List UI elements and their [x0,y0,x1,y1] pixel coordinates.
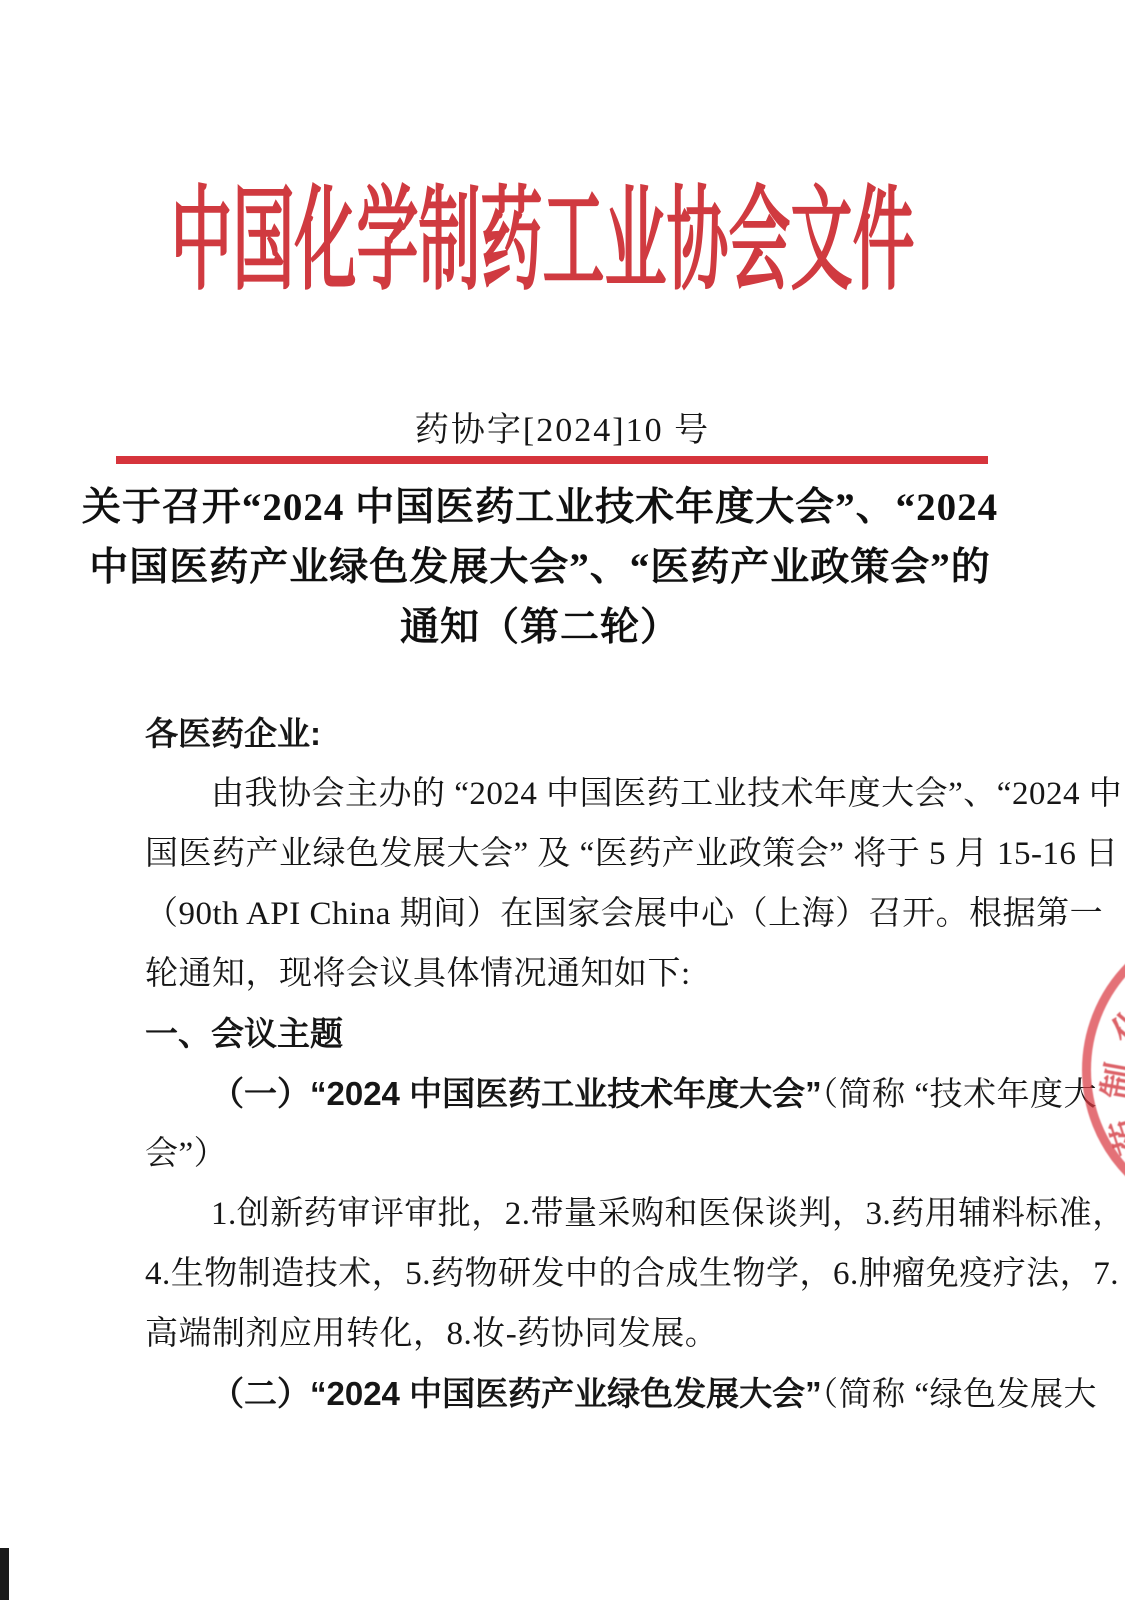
official-seal-partial: 化制药 [1082,918,1125,1222]
text-segment: 各医药企业: [145,715,321,752]
text-segment: （一）“2024 中国医药工业技术年度大会” [211,1075,822,1112]
org-header-title: 中国化学制药工业协会文件 [0,150,1085,239]
org-header-title-text: 中国化学制药工业协会文件 [170,150,914,312]
body-line: （一）“2024 中国医药工业技术年度大会”（简称 “技术年度大 [145,1064,955,1124]
body-line: 一、会议主题 [145,1004,955,1064]
text-segment: （简称 “绿色发展大 [822,1377,1097,1413]
doc-body: 各医药企业:由我协会主办的 “2024 中国医药工业技术年度大会”、“2024 … [145,704,955,1424]
body-line: 4.生物制造技术，5.药物研发中的合成生物学，6.肿瘤免疫疗法，7. [145,1244,955,1304]
doc-title: 关于召开“2024 中国医药工业技术年度大会”、“2024中国医药产业绿色发展大… [0,478,1080,658]
red-divider-rule [116,456,988,464]
doc-title-line: 关于召开“2024 中国医药工业技术年度大会”、“2024 [0,478,1080,538]
body-line: 国医药产业绿色发展大会” 及 “医药产业政策会” 将于 5 月 15-16 日 [145,824,955,884]
body-line: （90th API China 期间）在国家会展中心（上海）召开。根据第一 [145,884,955,944]
text-segment: 1.创新药审评审批，2.带量采购和医保谈判，3.药用辅料标准， [211,1196,1125,1232]
text-segment: （二）“2024 中国医药产业绿色发展大会” [211,1375,822,1412]
text-segment: （90th API China 期间）在国家会展中心（上海）召开。根据第一 [145,896,1103,932]
body-line: 由我协会主办的 “2024 中国医药工业技术年度大会”、“2024 中 [145,764,955,824]
body-line: 高端制剂应用转化，8.妆-药协同发展。 [145,1304,955,1364]
seal-char: 制 [1088,1058,1125,1102]
scan-artifact-mark [0,1548,9,1600]
text-segment: 高端制剂应用转化，8.妆-药协同发展。 [145,1316,718,1352]
seal-char: 药 [1096,1111,1125,1161]
text-segment: 由我协会主办的 “2024 中国医药工业技术年度大会”、“2024 中 [211,776,1122,812]
doc-number: 药协字[2024]10 号 [0,402,1125,451]
text-segment: 一、会议主题 [145,1015,343,1052]
text-segment: 4.生物制造技术，5.药物研发中的合成生物学，6.肿瘤免疫疗法，7. [145,1256,1119,1292]
body-line: （二）“2024 中国医药产业绿色发展大会”（简称 “绿色发展大 [145,1364,955,1424]
doc-title-line: 中国医药产业绿色发展大会”、“医药产业政策会”的 [0,538,1080,598]
body-line: 1.创新药审评审批，2.带量采购和医保谈判，3.药用辅料标准， [145,1184,955,1244]
text-segment: 会”） [145,1136,227,1172]
body-line: 各医药企业: [145,704,955,764]
text-segment: （简称 “技术年度大 [822,1077,1097,1113]
body-line: 会”） [145,1124,955,1184]
text-segment: 轮通知，现将会议具体情况通知如下: [145,956,691,992]
text-segment: 国医药产业绿色发展大会” 及 “医药产业政策会” 将于 5 月 15-16 日 [145,836,1119,872]
seal-char: 化 [1098,994,1125,1054]
body-line: 轮通知，现将会议具体情况通知如下: [145,944,955,1004]
document-page: 中国化学制药工业协会文件 药协字[2024]10 号 关于召开“2024 中国医… [0,0,1125,1600]
doc-title-line: 通知（第二轮） [0,598,1080,658]
